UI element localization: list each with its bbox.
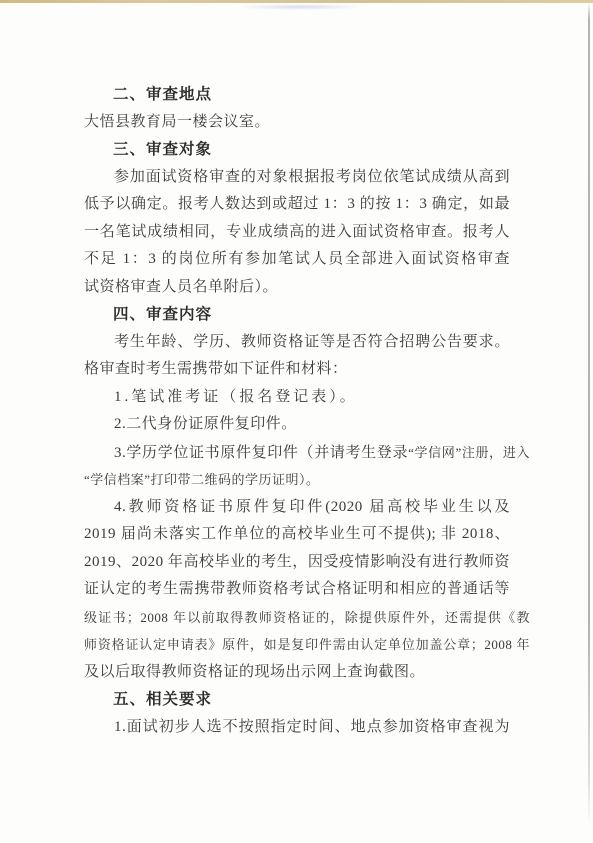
section-heading: 五、相关要求 <box>84 686 510 714</box>
document-text-line: 证认定的考生需携带教师资格考试合格证明和相应的普通话等 <box>84 576 510 604</box>
document-text-line: 4.教师资格证书原件复印件(2020 届高校毕业生以及 2018、 <box>84 494 510 522</box>
scan-right-edge-line <box>588 3 590 825</box>
document-text-line: 大悟县教育局一楼会议室。 <box>84 109 510 137</box>
scan-top-edge-artifact <box>0 0 593 3</box>
document-text-line: “学信档案”打印带二维码的学历证明）。 <box>84 466 510 494</box>
scanned-document-page: 二、审查地点大悟县教育局一楼会议室。三、审查对象参加面试资格审查的对象根据报考岗… <box>0 0 593 843</box>
document-text-line: 考生年龄、学历、教师资格证等是否符合招聘公告要求。资 <box>84 329 510 357</box>
section-heading: 二、审查地点 <box>84 81 510 109</box>
document-text-line: 低予以确定。报考人数达到或超过 1：3 的按 1：3 确定，如最后 <box>84 191 510 219</box>
document-text-line: 参加面试资格审查的对象根据报考岗位依笔试成绩从高到 <box>84 164 510 192</box>
document-text-line: 1.笔试准考证（报名登记表）。 <box>84 384 510 412</box>
document-text-line: 格审查时考生需携带如下证件和材料： <box>84 356 510 384</box>
document-text-line: 及以后取得教师资格证的现场出示网上查询截图。 <box>84 659 510 687</box>
document-text-line: 1.面试初步人选不按照指定时间、地点参加资格审查视为自 <box>84 714 510 742</box>
section-heading: 四、审查内容 <box>84 301 510 329</box>
scan-smudge-artifact <box>235 4 365 10</box>
text-segment: “学信网”注册，进入 <box>408 445 530 460</box>
document-text-line: 2019 届尚未落实工作单位的高校毕业生可不提供); 非 2018、 <box>84 521 510 549</box>
document-text-line: 不足 1：3 的岗位所有参加笔试人员全部进入面试资格审查（面 <box>84 246 510 274</box>
document-text-line: 2.二代身份证原件复印件。 <box>84 411 510 439</box>
document-text-line: 3.学历学位证书原件复印件（并请考生登录“学信网”注册，进入 <box>84 439 530 467</box>
document-text-line: 试资格审查人员名单附后）。 <box>84 274 510 302</box>
document-content: 二、审查地点大悟县教育局一楼会议室。三、审查对象参加面试资格审查的对象根据报考岗… <box>84 81 530 741</box>
document-text-line: 2019、2020 年高校毕业的考生，因受疫情影响没有进行教师资格 <box>84 549 510 577</box>
document-text-line: 一名笔试成绩相同，专业成绩高的进入面试资格审查。报考人数 <box>84 219 510 247</box>
document-text-line: 师资格证认定申请表》原件，如是复印件需由认定单位加盖公章；2008 年 <box>84 631 530 659</box>
section-heading: 三、审查对象 <box>84 136 510 164</box>
text-segment: 3.学历学位证书原件复印件（并请考生登录 <box>114 445 408 461</box>
document-text-line: 级证书；2008 年以前取得教师资格证的，除提供原件外，还需提供《教 <box>84 604 530 632</box>
